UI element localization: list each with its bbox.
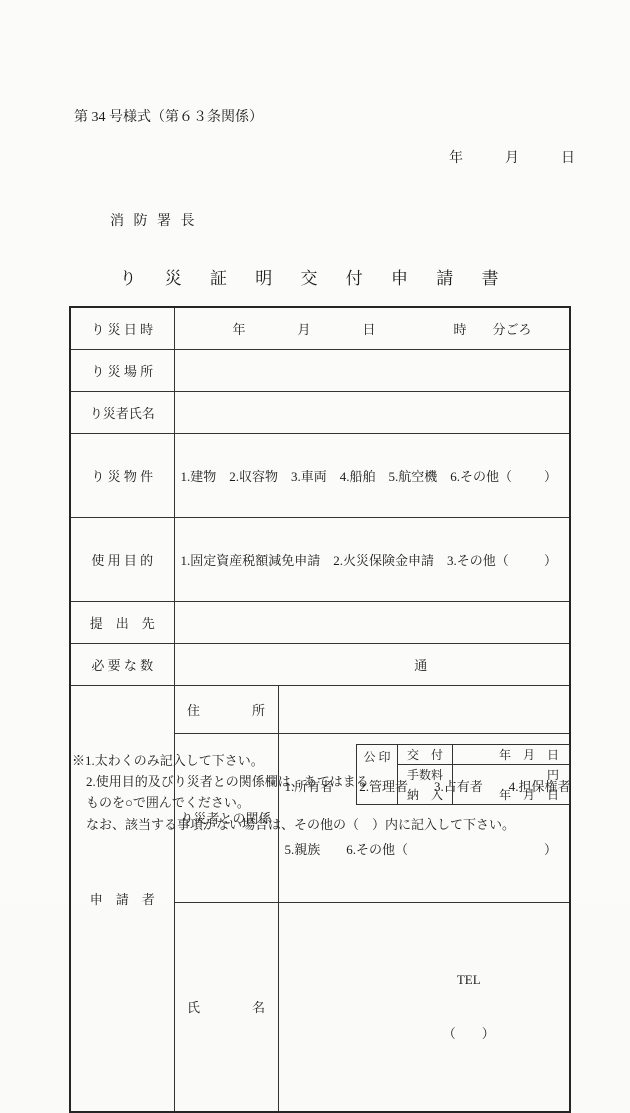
table-row-disaster-place: り 災 場 所 [70,349,570,391]
stamp-value-payment-date: 年 月 日 [453,785,570,805]
official-seal-table: 公 印 交 付 年 月 日 手数料 円 納 入 年 月 日 [356,744,570,805]
stamp-label-payment: 納 入 [398,785,453,805]
field-value-copies-needed: 通 [174,643,570,685]
purpose-options: 1.固定資産税額減免申請 2.火災保険金申請 3.その他（ [181,550,509,569]
stamp-value-fee-yen: 円 [453,765,570,785]
table-row-submit-to: 提 出 先 [70,601,570,643]
table-row-disaster-property: り 災 物 件 1.建物 2.収容物 3.車両 4.船舶 5.航空機 6.その他… [70,433,570,517]
field-value-disaster-property: 1.建物 2.収容物 3.車両 4.船舶 5.航空機 6.その他（ ） [174,433,570,517]
form-number: 第 34 号様式（第６３条関係） [74,106,263,126]
field-value-name-tel: TEL （ ） [278,902,570,1112]
relation-options-line2: 5.親族 6.その他（ [285,839,409,860]
field-label-purpose: 使 用 目 的 [70,517,174,601]
stamp-value-issue-date: 年 月 日 [453,745,570,765]
field-label-disaster-datetime: り 災 日 時 [70,307,174,349]
purpose-paren-close: ） [544,550,557,569]
field-label-disaster-property: り 災 物 件 [70,433,174,517]
addressee-fire-chief: 消 防 署 長 [110,210,198,230]
form-page: 第 34 号様式（第６３条関係） 年 月 日 消 防 署 長 り 災 証 明 交… [0,0,630,903]
footnote-3: ものを○で囲んでください。 [86,792,250,811]
table-row-victim-name: り災者氏名 [70,391,570,433]
field-label-address: 住 所 [174,685,278,733]
application-table: り 災 日 時 年 月 日 時 分ごろ り 災 場 所 り災者氏名 り 災 物 … [69,306,571,1113]
field-label-copies-needed: 必 要 な 数 [70,643,174,685]
field-label-applicant: 申 請 者 [70,685,174,1112]
field-label-victim-name: り災者氏名 [70,391,174,433]
table-row-copies-needed: 必 要 な 数 通 [70,643,570,685]
tel-paren: （ ） [369,1025,570,1043]
relation-paren-close: ） [544,839,557,860]
tel-label: TEL [369,971,570,989]
field-value-submit-to [174,601,570,643]
field-label-name: 氏 名 [174,902,278,1112]
property-options: 1.建物 2.収容物 3.車両 4.船舶 5.航空機 6.その他（ [181,466,513,485]
field-value-purpose: 1.固定資産税額減免申請 2.火災保険金申請 3.その他（ ） [174,517,570,601]
official-seal-cell: 公 印 [357,745,398,805]
field-label-submit-to: 提 出 先 [70,601,174,643]
property-paren-close: ） [544,466,557,485]
field-value-victim-name [174,391,570,433]
field-value-disaster-datetime: 年 月 日 時 分ごろ [174,307,570,349]
table-row-purpose: 使 用 目 的 1.固定資産税額減免申請 2.火災保険金申請 3.その他（ ） [70,517,570,601]
table-row-disaster-datetime: り 災 日 時 年 月 日 時 分ごろ [70,307,570,349]
footnote-2: 2.使用目的及びり災者との関係欄は、あてはまる [86,771,369,790]
stamp-label-issue: 交 付 [398,745,453,765]
page-title: り 災 証 明 交 付 申 請 書 [0,264,630,289]
stamp-label-fee: 手数料 [398,765,453,785]
field-value-address [278,685,570,733]
header-date-line: 年 月 日 [449,147,575,167]
field-label-disaster-place: り 災 場 所 [70,349,174,391]
footnote-4: なお、該当する事項がない場合は、その他の（ ）内に記入して下さい。 [86,814,515,833]
table-row-applicant-address: 申 請 者 住 所 [70,685,570,733]
stamp-row-issue: 公 印 交 付 年 月 日 [357,745,570,765]
field-value-disaster-place [174,349,570,391]
footnote-1: ※1.太わくのみ記入して下さい。 [72,750,264,769]
